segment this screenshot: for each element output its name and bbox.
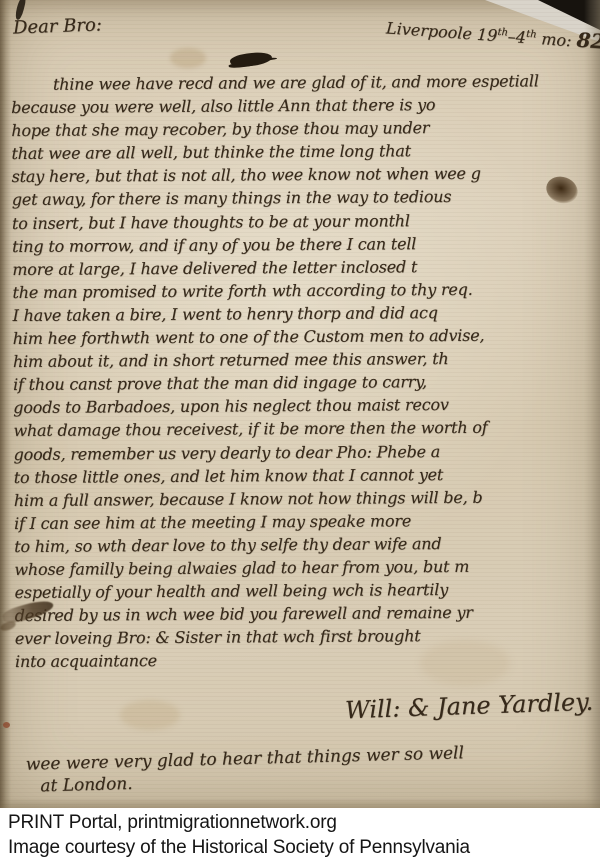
dateline-mo-label: mo: bbox=[536, 29, 578, 51]
letter-photograph: Dear Bro: Liverpoole 19th–4th mo: 82 thi… bbox=[0, 0, 600, 808]
ink-scribble-blot bbox=[229, 50, 272, 69]
letter-line: thine wee have recd and we are glad of i… bbox=[11, 69, 595, 96]
dateline-month: –4 bbox=[507, 27, 526, 47]
caption-courtesy-line: Image courtesy of the Historical Society… bbox=[8, 836, 600, 861]
dateline-place-day: Liverpoole 19 bbox=[385, 18, 497, 45]
letter-body: thine wee have recd and we are glad of i… bbox=[11, 69, 599, 673]
caption-bar: PRINT Portal, printmigrationnetwork.org … bbox=[0, 808, 600, 861]
paper-left-edge bbox=[0, 0, 11, 808]
paper-bottom-edge bbox=[0, 798, 600, 808]
caption-portal-line: PRINT Portal, printmigrationnetwork.org bbox=[8, 811, 600, 836]
red-speck bbox=[3, 722, 10, 728]
dateline-year: 82 bbox=[576, 28, 600, 54]
screenshot-root: Dear Bro: Liverpoole 19th–4th mo: 82 thi… bbox=[0, 0, 600, 861]
salutation: Dear Bro: bbox=[13, 14, 103, 38]
postscript: wee were very glad to hear that things w… bbox=[25, 742, 464, 797]
paper-stain bbox=[170, 48, 206, 68]
signature: Will: & Jane Yardley. bbox=[345, 688, 594, 725]
paper-stain bbox=[120, 700, 180, 730]
letter-line: into acquaintance bbox=[15, 646, 599, 673]
